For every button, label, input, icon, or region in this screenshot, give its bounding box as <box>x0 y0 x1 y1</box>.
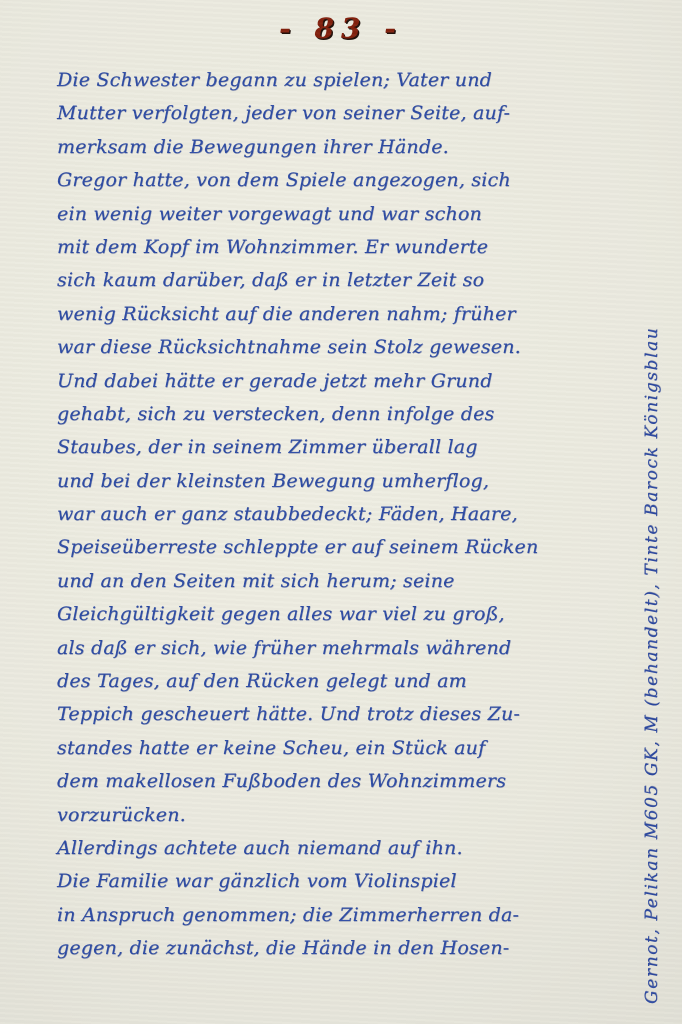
manuscript-line: Allerdings achtete auch niemand auf ihn. <box>57 832 632 865</box>
manuscript-line: vorzurücken. <box>57 799 632 832</box>
manuscript-line: als daß er sich, wie früher mehrmals wäh… <box>57 632 632 665</box>
manuscript-line: war auch er ganz staubbedeckt; Fäden, Ha… <box>57 498 632 531</box>
manuscript-line: dem makellosen Fußboden des Wohnzimmers <box>57 765 632 798</box>
manuscript-line: und an den Seiten mit sich herum; seine <box>57 565 632 598</box>
manuscript-line: Speiseüberreste schleppte er auf seinem … <box>57 531 632 564</box>
manuscript-line: merksam die Bewegungen ihrer Hände. <box>57 131 632 164</box>
manuscript-line: mit dem Kopf im Wohnzimmer. Er wunderte <box>57 231 632 264</box>
manuscript-line: ein wenig weiter vorgewagt und war schon <box>57 198 632 231</box>
manuscript-line: war diese Rücksichtnahme sein Stolz gewe… <box>57 331 632 364</box>
manuscript-line: gegen, die zunächst, die Hände in den Ho… <box>57 932 632 965</box>
manuscript-line: Staubes, der in seinem Zimmer überall la… <box>57 431 632 464</box>
manuscript-line: wenig Rücksicht auf die anderen nahm; fr… <box>57 298 632 331</box>
manuscript-line: sich kaum darüber, daß er in letzter Zei… <box>57 264 632 297</box>
manuscript-line: Und dabei hätte er gerade jetzt mehr Gru… <box>57 365 632 398</box>
manuscript-line: Mutter verfolgten, jeder von seiner Seit… <box>57 97 632 130</box>
manuscript-line: und bei der kleinsten Bewegung umherflog… <box>57 465 632 498</box>
manuscript-line: Die Familie war gänzlich vom Violinspiel <box>57 865 632 898</box>
manuscript-line: Gleichgültigkeit gegen alles war viel zu… <box>57 598 632 631</box>
page-number: - 83 - <box>0 12 682 45</box>
manuscript-line: in Anspruch genommen; die Zimmerherren d… <box>57 899 632 932</box>
manuscript-line: Die Schwester begann zu spielen; Vater u… <box>57 64 632 97</box>
manuscript-line: des Tages, auf den Rücken gelegt und am <box>57 665 632 698</box>
manuscript-text: Die Schwester begann zu spielen; Vater u… <box>57 64 632 966</box>
manuscript-line: gehabt, sich zu verstecken, denn infolge… <box>57 398 632 431</box>
manuscript-line: Teppich gescheuert hätte. Und trotz dies… <box>57 698 632 731</box>
manuscript-line: Gregor hatte, von dem Spiele angezogen, … <box>57 164 632 197</box>
manuscript-page: - 83 - Die Schwester begann zu spielen; … <box>0 0 682 1024</box>
manuscript-line: standes hatte er keine Scheu, ein Stück … <box>57 732 632 765</box>
pen-ink-caption: Gernot, Pelikan M605 GK, M (behandelt), … <box>642 144 662 1004</box>
